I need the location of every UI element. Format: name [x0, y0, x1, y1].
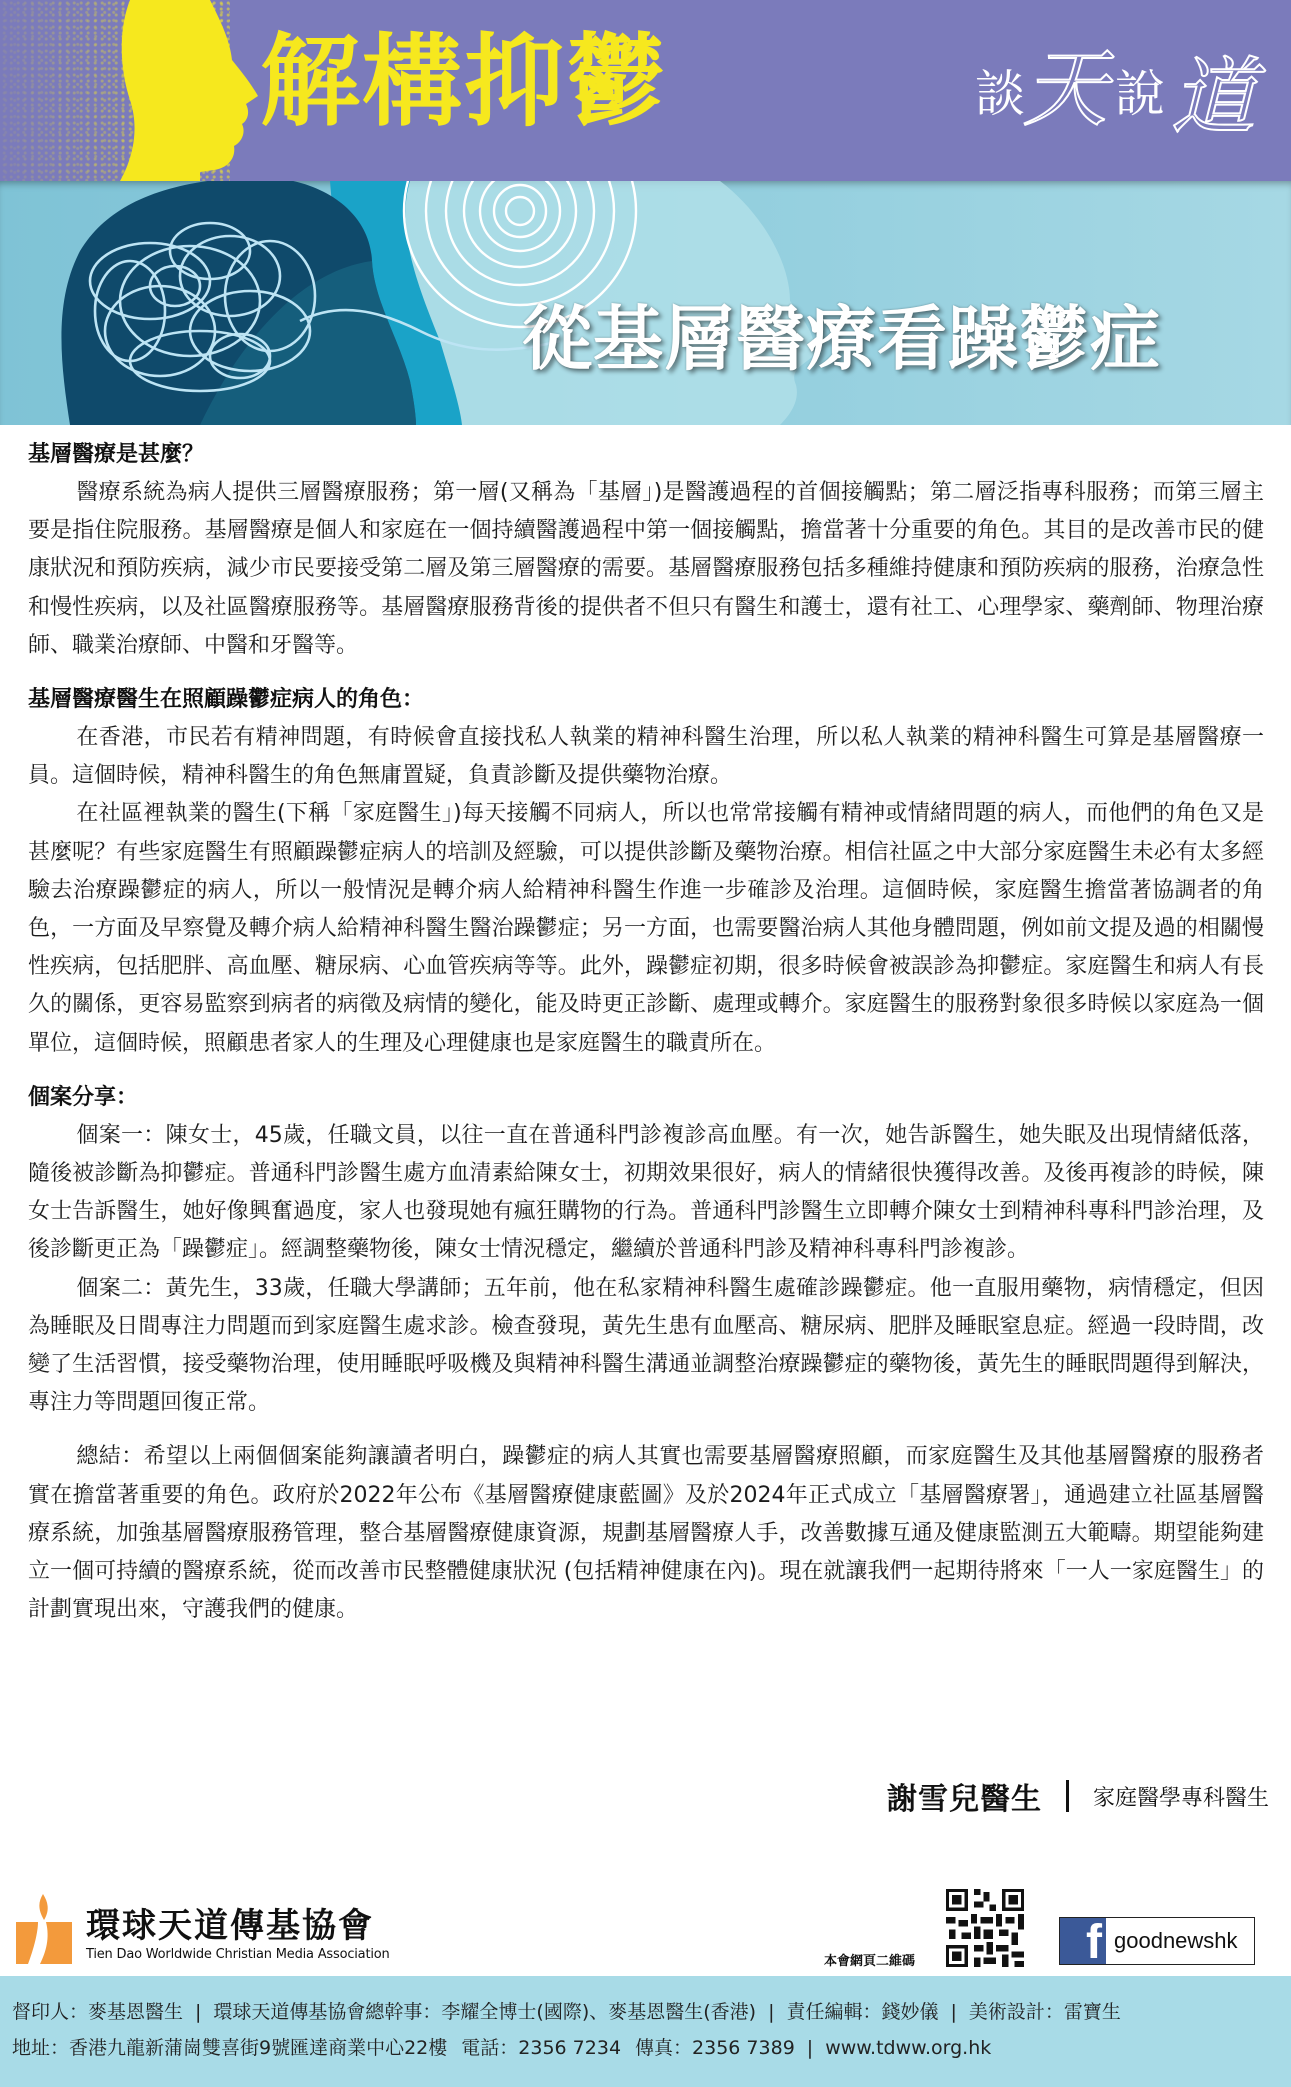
credit-divider: | — [183, 1994, 213, 2030]
section-what-is-primary-care: 基層醫療是甚麼？ 醫療系統為病人提供三層醫療服務；第一層(又稱為「基層」)是醫護… — [28, 436, 1264, 665]
brand-char-dao: 道 — [1171, 30, 1255, 151]
credit-general-secretary: 環球天道傳基協會總幹事：李耀全博士(國際)、麥基恩醫生(香港) — [213, 1994, 756, 2030]
contact-phone: 電話：2356 7234 — [461, 2030, 621, 2066]
facebook-badge[interactable]: f goodnewshk — [1059, 1917, 1255, 1965]
credit-divider: | — [756, 1994, 786, 2030]
contact-fax: 傳真：2356 7389 — [635, 2030, 795, 2066]
flame-logo-icon — [16, 1892, 72, 1964]
section-primary-care-doctor-role: 基層醫療醫生在照顧躁鬱症病人的角色： 在香港，市民若有精神問題，有時候會直接找私… — [28, 681, 1264, 1063]
credit-publisher: 督印人：麥基恩醫生 — [12, 1994, 183, 2030]
paragraph-conclusion: 總結：希望以上兩個個案能夠讓讀者明白，躁鬱症的病人其實也需要基層醫療照顧，而家庭… — [28, 1438, 1264, 1629]
paragraph: 在香港，市民若有精神問題，有時候會直接找私人執業的精神科醫生治理，所以私人執業的… — [28, 719, 1264, 795]
paragraph: 醫療系統為病人提供三層醫療服務；第一層(又稱為「基層」)是醫護過程的首個接觸點；… — [28, 474, 1264, 665]
yellow-face-silhouette-icon — [90, 0, 260, 181]
credit-designer: 美術設計：雷寶生 — [969, 1994, 1121, 2030]
article-body: 基層醫療是甚麼？ 醫療系統為病人提供三層醫療服務；第一層(又稱為「基層」)是醫護… — [28, 436, 1264, 1629]
brand-char-tan: 談 — [975, 54, 1025, 126]
section-heading: 基層醫療醫生在照顧躁鬱症病人的角色： — [28, 681, 1264, 719]
author-role: 家庭醫學專科醫生 — [1093, 1781, 1269, 1812]
paragraph-case-1: 個案一：陳女士，45歲，任職文員，以往一直在普通科門診複診高血壓。有一次，她告訴… — [28, 1117, 1264, 1270]
qr-code-icon[interactable] — [946, 1889, 1024, 1967]
contact-website-link[interactable]: www.tdww.org.hk — [825, 2030, 991, 2066]
series-banner: 解構抑鬱 談 天 說 道 — [0, 0, 1291, 181]
org-name-en: Tien Dao Worldwide Christian Media Assoc… — [86, 1946, 390, 1964]
brand-char-shuo: 說 — [1115, 54, 1165, 126]
article-title: 從基層醫療看躁鬱症 — [522, 297, 1161, 381]
contact-address: 地址：香港九龍新蒲崗雙喜街9號匯達商業中心22樓 — [12, 2030, 447, 2066]
byline-divider — [1066, 1780, 1069, 1812]
brand-logo-tan-tian-shuo-dao: 談 天 說 道 — [975, 28, 1275, 148]
section-heading: 基層醫療是甚麼？ — [28, 436, 1264, 474]
paragraph: 在社區裡執業的醫生(下稱「家庭醫生」)每天接觸不同病人，所以也常常接觸有精神或情… — [28, 795, 1264, 1062]
section-conclusion: 總結：希望以上兩個個案能夠讓讀者明白，躁鬱症的病人其實也需要基層醫療照顧，而家庭… — [28, 1438, 1264, 1629]
author-name: 謝雪兒醫生 — [887, 1774, 1042, 1818]
facebook-icon: f — [1060, 1918, 1106, 1964]
section-case-sharing: 個案分享： 個案一：陳女士，45歲，任職文員，以往一直在普通科門診複診高血壓。有… — [28, 1079, 1264, 1423]
credits-bar: 督印人：麥基恩醫生 | 環球天道傳基協會總幹事：李耀全博士(國際)、麥基恩醫生(… — [0, 1976, 1291, 2087]
credit-divider: | — [795, 2030, 825, 2066]
brand-char-tian: 天 — [1023, 22, 1107, 143]
series-title: 解構抑鬱 — [260, 22, 668, 142]
author-byline: 謝雪兒醫生 家庭醫學專科醫生 — [887, 1772, 1269, 1820]
qr-code-label: 本會網頁二維碼 — [824, 1950, 915, 1969]
article-banner: 從基層醫療看躁鬱症 — [0, 181, 1291, 425]
paragraph-case-2: 個案二：黃先生，33歲，任職大學講師；五年前，他在私家精神科醫生處確診躁鬱症。他… — [28, 1270, 1264, 1423]
credit-editor: 責任編輯：錢妙儀 — [786, 1994, 938, 2030]
org-name-zh: 環球天道傳基協會 — [86, 1906, 390, 1946]
section-heading: 個案分享： — [28, 1079, 1264, 1117]
credit-divider: | — [939, 1994, 969, 2030]
credits-row-contact: 地址：香港九龍新蒲崗雙喜街9號匯達商業中心22樓 電話：2356 7234 傳真… — [12, 2030, 1291, 2066]
credits-row-staff: 督印人：麥基恩醫生 | 環球天道傳基協會總幹事：李耀全博士(國際)、麥基恩醫生(… — [12, 1994, 1291, 2030]
facebook-handle: goodnewshk — [1106, 1918, 1254, 1964]
organization-logo: 環球天道傳基協會 Tien Dao Worldwide Christian Me… — [16, 1892, 390, 1964]
